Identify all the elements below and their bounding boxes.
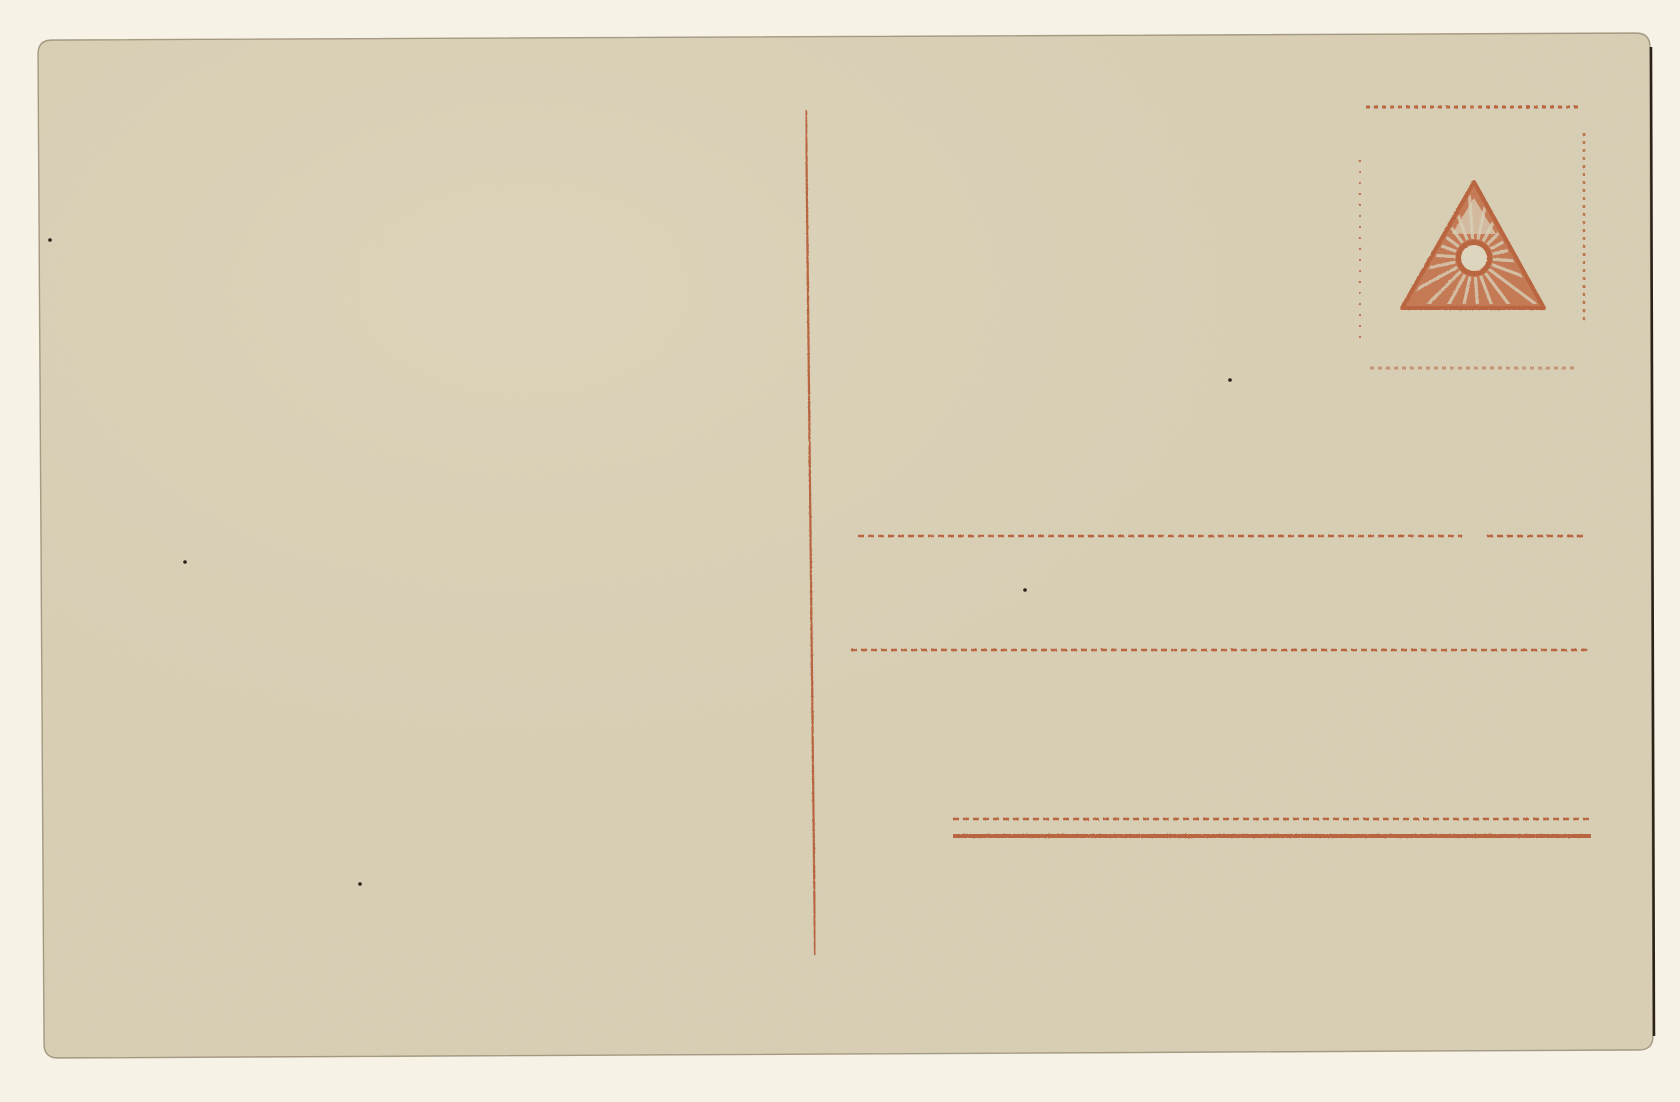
paper-discoloration: [38, 33, 1653, 1058]
paper-speck: [1228, 378, 1232, 382]
paper-speck: [48, 238, 52, 242]
emblem-sun: [1461, 245, 1487, 271]
paper-speck: [183, 560, 187, 564]
paper-speck: [358, 882, 362, 886]
postcard: [38, 33, 1653, 1058]
paper-speck: [1023, 588, 1027, 592]
postcard-scan: [0, 0, 1680, 1102]
